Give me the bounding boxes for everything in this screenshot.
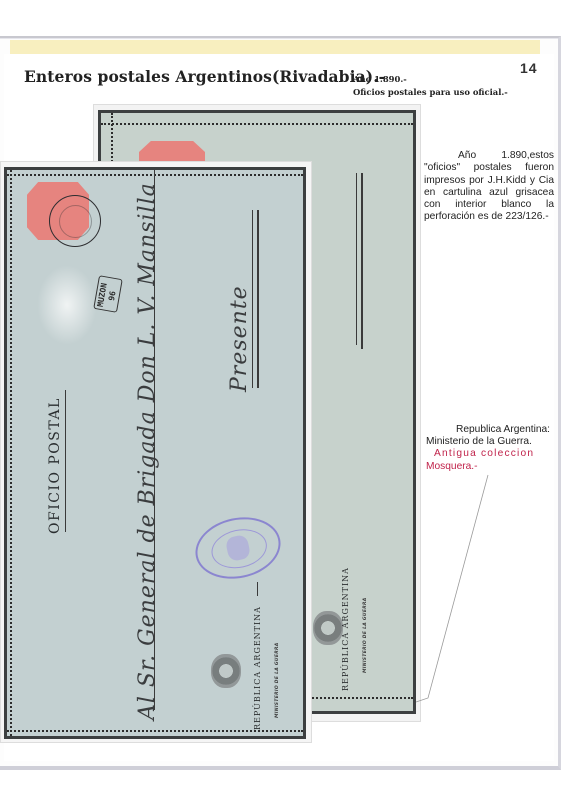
description-text: Año 1.890,estos "oficios" postales fuero… — [424, 150, 554, 224]
card-heading: OFICIO POSTAL — [47, 397, 63, 534]
handwritten-addressee: Al Sr. General de Brigada Don L. V. Mans… — [135, 182, 160, 720]
perforation-bottom — [7, 730, 303, 732]
address-rule — [356, 173, 357, 345]
note-country: Republica Argentina: — [426, 424, 556, 436]
perforation-bottom — [301, 697, 413, 699]
coat-of-arms-icon — [313, 611, 343, 645]
subtitle-desc: Oficios postales para uso oficial.- — [353, 86, 508, 99]
pointer-line — [410, 470, 510, 720]
printed-ministry: MINISTERIO DE LA GUERRA — [363, 597, 368, 673]
address-rule — [154, 170, 155, 710]
page-number: 14 — [520, 60, 538, 76]
provenance-note: Republica Argentina: Ministerio de la Gu… — [426, 424, 556, 473]
address-rule — [257, 210, 259, 388]
date-stamp: MUZON 96 — [93, 275, 123, 313]
printed-rule — [257, 582, 258, 596]
note-ministry: Ministerio de la Guerra. — [426, 436, 556, 448]
printed-country: REPÚBLICA ARGENTINA — [253, 606, 262, 730]
ministry-seal-icon — [190, 510, 287, 587]
sleeve-band — [10, 40, 540, 54]
perforation-left — [10, 170, 12, 736]
handwritten-presente: Presente — [227, 285, 252, 392]
heading-rule — [65, 390, 66, 532]
postmark-icon — [49, 195, 101, 247]
perforation-top — [7, 174, 303, 176]
address-rule — [361, 173, 363, 349]
printed-ministry: MINISTERIO DE LA GUERRA — [275, 642, 280, 718]
coat-of-arms-icon — [211, 654, 241, 688]
note-collection: Antigua coleccion — [426, 448, 556, 460]
page-title: Enteros postales Argentinos(Rivadabia).- — [24, 67, 385, 86]
subtitle-year: Año 1.890.- — [353, 73, 508, 86]
page-subtitle: Año 1.890.- Oficios postales para uso of… — [353, 73, 508, 99]
glare — [37, 265, 97, 345]
perforation-top — [101, 123, 413, 125]
front-postal-card: MUZON 96 OFICIO POSTAL Al Sr. General de… — [4, 167, 306, 739]
address-rule — [252, 210, 253, 388]
printed-country: REPÚBLICA ARGENTINA — [341, 567, 350, 691]
